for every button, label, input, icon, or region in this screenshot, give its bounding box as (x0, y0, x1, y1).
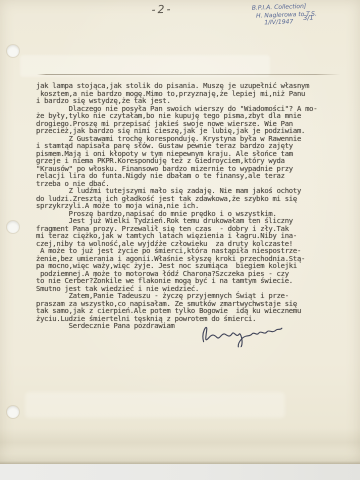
punch-hole (7, 45, 19, 57)
archive-ref-number: 3/1 (303, 15, 314, 23)
archive-date: 1/IV/1947 (264, 18, 293, 26)
paper-discoloration (25, 392, 285, 418)
punch-hole (7, 221, 19, 233)
crease-line (37, 74, 340, 75)
archive-annotation: B.P.I.A. Collection] H. Naglerowa to T.S… (252, 1, 355, 27)
punch-hole (7, 406, 19, 418)
scanner-background (0, 464, 360, 480)
paper-shading (0, 428, 360, 454)
letter-body-text: jak lampa stojąca,jak stolik do pisania.… (36, 82, 348, 330)
handwritten-signature (195, 314, 289, 350)
page-number: -2- (142, 2, 182, 16)
scanned-letter-page: -2- B.P.I.A. Collection] H. Naglerowa to… (0, 0, 360, 480)
